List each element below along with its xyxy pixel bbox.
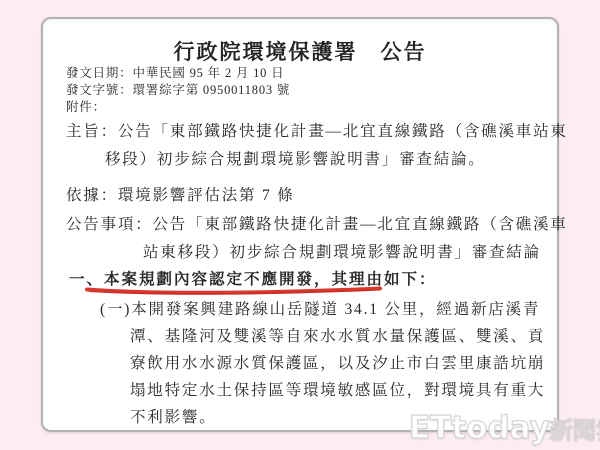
announcement-item-line-2: 站東移段）初步綜合規劃環境影響說明書」審查結論 xyxy=(143,240,541,262)
ettoday-watermark-brand: ETtoday xyxy=(409,410,550,446)
reason-line-3: 寮飲用水水源水質保護區，以及汐止市白雲里康誥坑崩 xyxy=(130,351,545,373)
scanned-announcement-document: 行政院環境保護署 公告 發文日期：中華民國 95 年 2 月 10 日 發文字號… xyxy=(41,17,559,432)
ettoday-watermark: ETtoday新聞雲 xyxy=(409,410,600,446)
legal-basis-line: 依據：環境影響評估法第 7 條 xyxy=(66,183,295,205)
announcement-item-line-1: 公告事項：公告「東部鐵路快捷化計畫—北宜直線鐵路（含礁溪車 xyxy=(66,212,568,234)
document-title: 行政院環境保護署 公告 xyxy=(43,36,557,66)
issue-number-line: 發文字號：環署綜字第 0950011803 號 xyxy=(66,82,290,99)
conclusion-heading-line: 一、本案規劃內容認定不應開發，其理由如下： xyxy=(69,267,437,289)
attachment-line: 附件： xyxy=(66,99,290,116)
subject-line-2: 移段）初步綜合規劃環境影響說明書」審查結論。 xyxy=(105,147,486,169)
subject-line-1: 主旨：公告「東部鐵路快捷化計畫—北宜直線鐵路（含礁溪車站東 xyxy=(66,119,568,141)
reason-line-1: (一)本開發案興建路線山岳隧道 34.1 公里，經過新店溪青 xyxy=(100,297,540,319)
ettoday-watermark-suffix: 新聞雲 xyxy=(550,418,600,444)
issue-date-line: 發文日期：中華民國 95 年 2 月 10 日 xyxy=(66,65,290,82)
document-meta: 發文日期：中華民國 95 年 2 月 10 日 發文字號：環署綜字第 09500… xyxy=(66,65,290,116)
reason-line-5: 不利影響。 xyxy=(130,405,217,427)
reason-line-4: 塌地特定水土保持區等環境敏感區位，對環境具有重大 xyxy=(130,378,545,400)
reason-line-2: 潭、基隆河及雙溪等自來水水質水量保護區、雙溪、貢 xyxy=(130,324,545,346)
page: 行政院環境保護署 公告 發文日期：中華民國 95 年 2 月 10 日 發文字號… xyxy=(0,0,600,450)
